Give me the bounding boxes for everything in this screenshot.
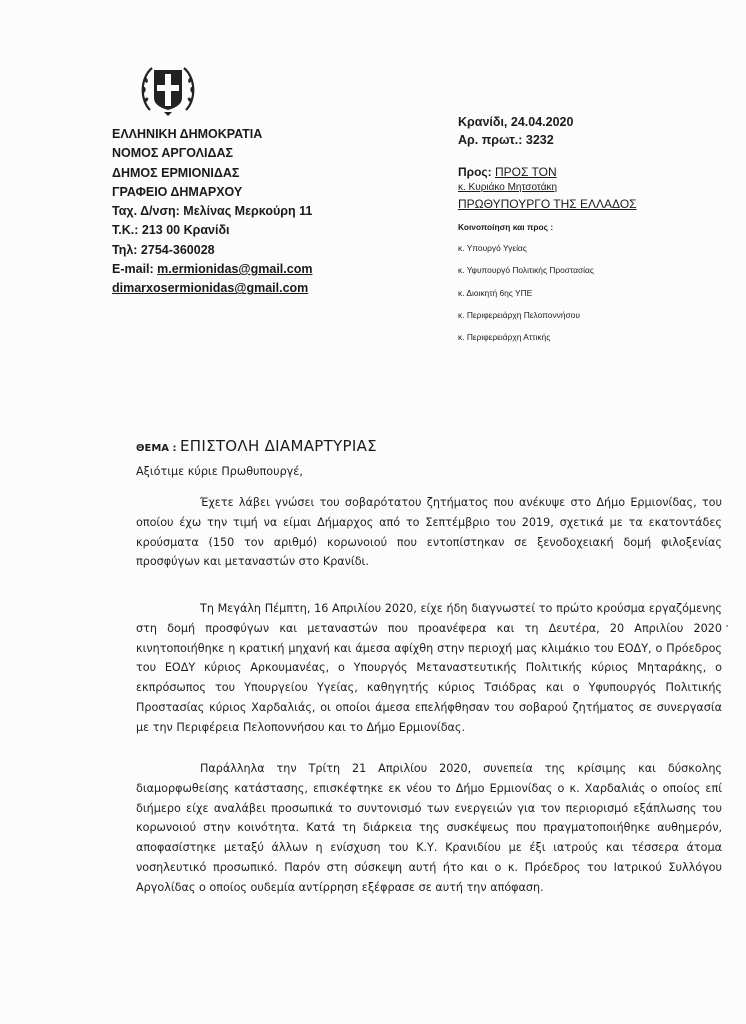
sender-phone: Τηλ: 2754-360028 [112,241,312,260]
email-link-2[interactable]: dimarxosermionidas@gmail.com [112,281,308,295]
sender-address: Ταχ. Δ/νση: Μελίνας Μερκούρη 11 [112,202,312,221]
salutation: Αξιότιμε κύριε Πρωθυπουργέ, [136,465,303,478]
subject-label: ΘΕΜΑ : [136,443,180,454]
letter-page: ΕΛΛΗΝΙΚΗ ΔΗΜΟΚΡΑΤΙΑ ΝΟΜΟΣ ΑΡΓΟΛΙΔΑΣ ΔΗΜΟ… [0,0,746,1024]
cc-title: Κοινοποίηση και προς : [458,222,594,232]
cc-item: κ. Υφυπουργό Πολιτικής Προστασίας [458,264,594,286]
sender-block: ΕΛΛΗΝΙΚΗ ΔΗΜΟΚΡΑΤΙΑ ΝΟΜΟΣ ΑΡΓΟΛΙΔΑΣ ΔΗΜΟ… [112,125,312,299]
cc-block: Κοινοποίηση και προς : κ. Υπουργό Υγείας… [458,222,594,353]
cc-item: κ. Διοικητή 6ης ΥΠΕ [458,287,594,309]
to-label: Προς: [458,165,495,179]
cc-item: κ. Περιφερειάρχη Πελοποννήσου [458,309,594,331]
email-link-1[interactable]: m.ermionidas@gmail.com [157,262,312,276]
cc-item: κ. Περιφερειάρχη Αττικής [458,331,594,353]
sender-email-row: E-mail: m.ermionidas@gmail.com [112,260,312,279]
sender-line: ΕΛΛΗΝΙΚΗ ΔΗΜΟΚΡΑΤΙΑ [112,125,312,144]
sender-line: ΓΡΑΦΕΙΟ ΔΗΜΑΡΧΟΥ [112,183,312,202]
sender-postcode: Τ.Κ.: 213 00 Κρανίδι [112,221,312,240]
email-label: E-mail: [112,262,157,276]
recipient-name: κ. Κυριάκο Μητσοτάκη [458,180,637,196]
recipient-block: Προς: ΠΡΟΣ ΤΟΝ κ. Κυριάκο Μητσοτάκη ΠΡΩΘ… [458,164,637,212]
protocol-number: Αρ. πρωτ.: 3232 [458,131,573,149]
greek-coat-of-arms-icon [138,60,198,118]
cc-item: κ. Υπουργό Υγείας [458,242,594,264]
recipient-title: ΠΡΩΘΥΠΟΥΡΓΟ ΤΗΣ ΕΛΛΑΔΟΣ [458,196,637,212]
body-paragraph-1: Έχετε λάβει γνώσει του σοβαρότατου ζητήμ… [136,493,722,572]
place-date: Κρανίδι, 24.04.2020 [458,113,573,131]
sender-line: ΝΟΜΟΣ ΑΡΓΟΛΙΔΑΣ [112,144,312,163]
sender-line: ΔΗΜΟΣ ΕΡΜΙΟΝΙΔΑΣ [112,164,312,183]
body-paragraph-2: Τη Μεγάλη Πέμπτη, 16 Απριλίου 2020, είχε… [136,599,722,738]
subject-text: ΕΠΙΣΤΟΛΗ ΔΙΑΜΑΡΤΥΡΙΑΣ [180,437,377,455]
to-line: ΠΡΟΣ ΤΟΝ [495,165,557,179]
scan-speck [726,625,728,627]
body-paragraph-3: Παράλληλα την Τρίτη 21 Απριλίου 2020, συ… [136,759,722,898]
subject-line: ΘΕΜΑ : ΕΠΙΣΤΟΛΗ ΔΙΑΜΑΡΤΥΡΙΑΣ [136,436,377,455]
date-protocol-block: Κρανίδι, 24.04.2020 Αρ. πρωτ.: 3232 [458,113,573,149]
